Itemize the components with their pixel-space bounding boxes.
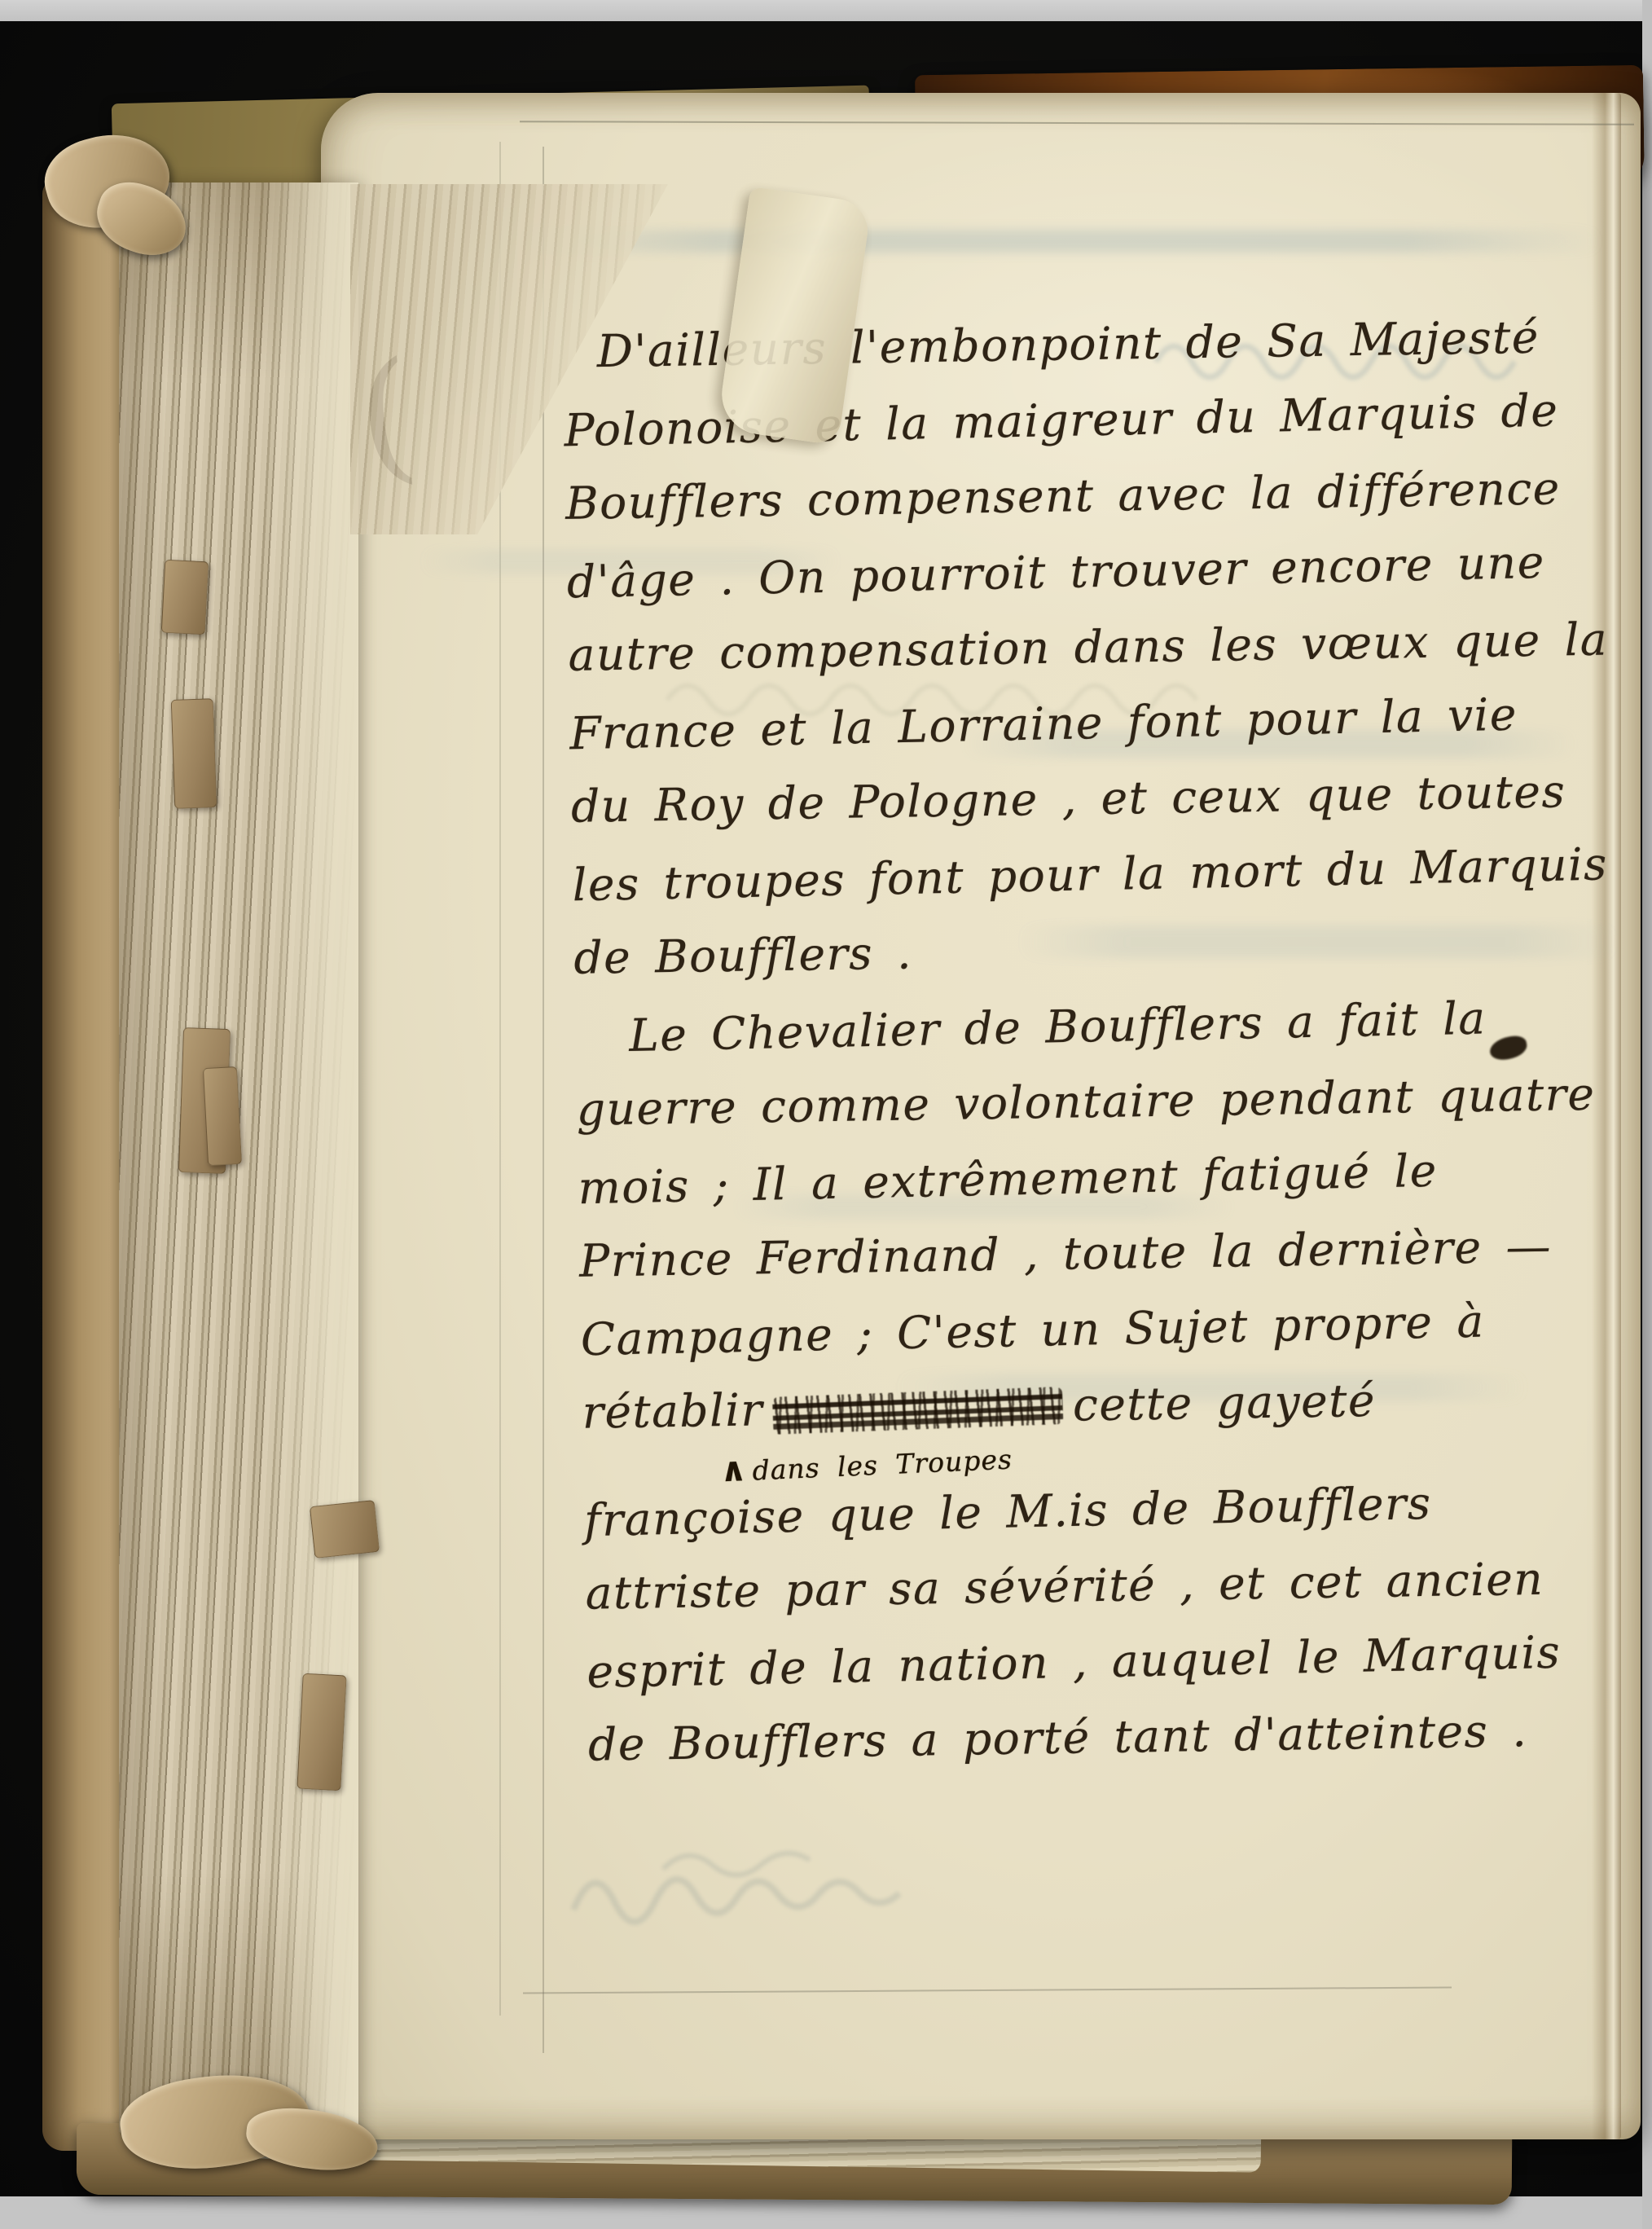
ruled-top-line bbox=[520, 121, 1634, 125]
repair-tab bbox=[297, 1673, 346, 1792]
ruled-margin-line bbox=[543, 147, 544, 2053]
manuscript-scan: ( D'ailleurs l'embonpoint de Sa Majesté … bbox=[0, 0, 1652, 2229]
caret-mark: ∧ bbox=[719, 1450, 749, 1489]
line-text-before-strike: rétablir bbox=[582, 1383, 763, 1438]
fore-edge-fade bbox=[261, 182, 358, 2148]
scanner-bed-strip-top bbox=[0, 0, 1652, 21]
repair-tab bbox=[203, 1066, 242, 1166]
line-text-after-strike: cette gayeté bbox=[1073, 1374, 1377, 1431]
repair-tab bbox=[310, 1500, 380, 1559]
handwriting-block: D'ailleurs l'embonpoint de Sa Majesté Po… bbox=[562, 296, 1652, 1784]
handwritten-line-with-correction: rétablircette gayeté bbox=[582, 1358, 1652, 1450]
ruled-bottom-line bbox=[523, 1987, 1452, 1994]
struck-out-illegible-words bbox=[772, 1387, 1063, 1435]
repair-tab bbox=[161, 560, 209, 635]
handwritten-line: de Boufflers a porté tant d'atteintes . bbox=[587, 1690, 1652, 1783]
book-fore-edge-stack bbox=[119, 182, 357, 2148]
bleed-through-band bbox=[520, 230, 1603, 253]
bleed-through-scribble bbox=[565, 1836, 1022, 1959]
repair-tab bbox=[171, 698, 217, 809]
